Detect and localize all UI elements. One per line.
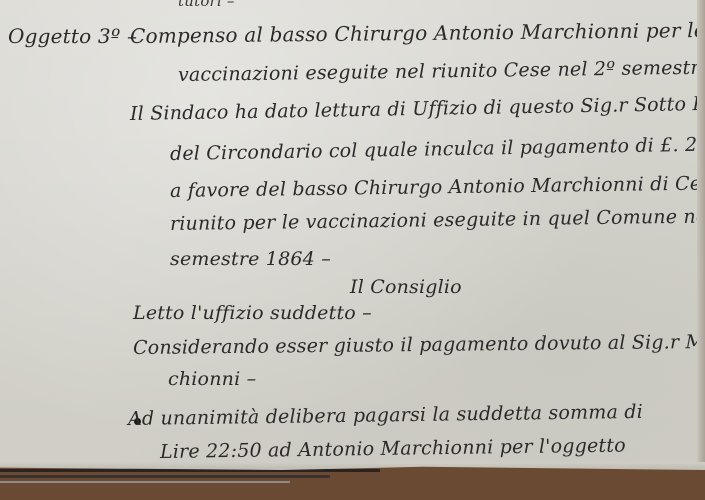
page-leaf xyxy=(0,469,380,472)
resolution-line-1: Ad unanimità delibera pagarsi la suddett… xyxy=(128,401,643,430)
subject-number-label: Oggetto 3º – xyxy=(8,24,137,48)
considering-statement-line-1: Considerando esser giusto il pagamento d… xyxy=(133,331,705,359)
considering-statement-line-2: chionni – xyxy=(168,368,256,390)
manuscript-page: tutori – Oggetto 3º – Compenso al basso … xyxy=(0,0,705,500)
body-line-2: del Circondario col quale inculca il pag… xyxy=(170,133,705,165)
body-line-1: Il Sindaco ha dato lettura di Uffizio di… xyxy=(130,92,705,125)
page-leaf xyxy=(0,481,290,483)
subject-title-line-2: vaccinazioni eseguite nel riunito Cese n… xyxy=(178,56,705,86)
read-statement: Letto l'uffizio suddetto – xyxy=(133,302,372,324)
previous-entry-fragment: tutori – xyxy=(178,0,235,10)
page-right-edge xyxy=(697,0,705,500)
body-line-3: a favore del basso Chirurgo Antonio Marc… xyxy=(170,172,705,202)
subject-title-line-1: Compenso al basso Chirurgo Antonio March… xyxy=(130,18,705,48)
book-page-stack xyxy=(0,465,705,500)
body-line-4: riunito per le vaccinazioni eseguite in … xyxy=(170,205,705,235)
resolution-line-2: Lire 22:50 ad Antonio Marchionni per l'o… xyxy=(160,434,626,463)
page-leaf xyxy=(0,475,330,478)
council-heading: Il Consiglio xyxy=(350,276,462,298)
body-line-5: semestre 1864 – xyxy=(170,248,331,270)
